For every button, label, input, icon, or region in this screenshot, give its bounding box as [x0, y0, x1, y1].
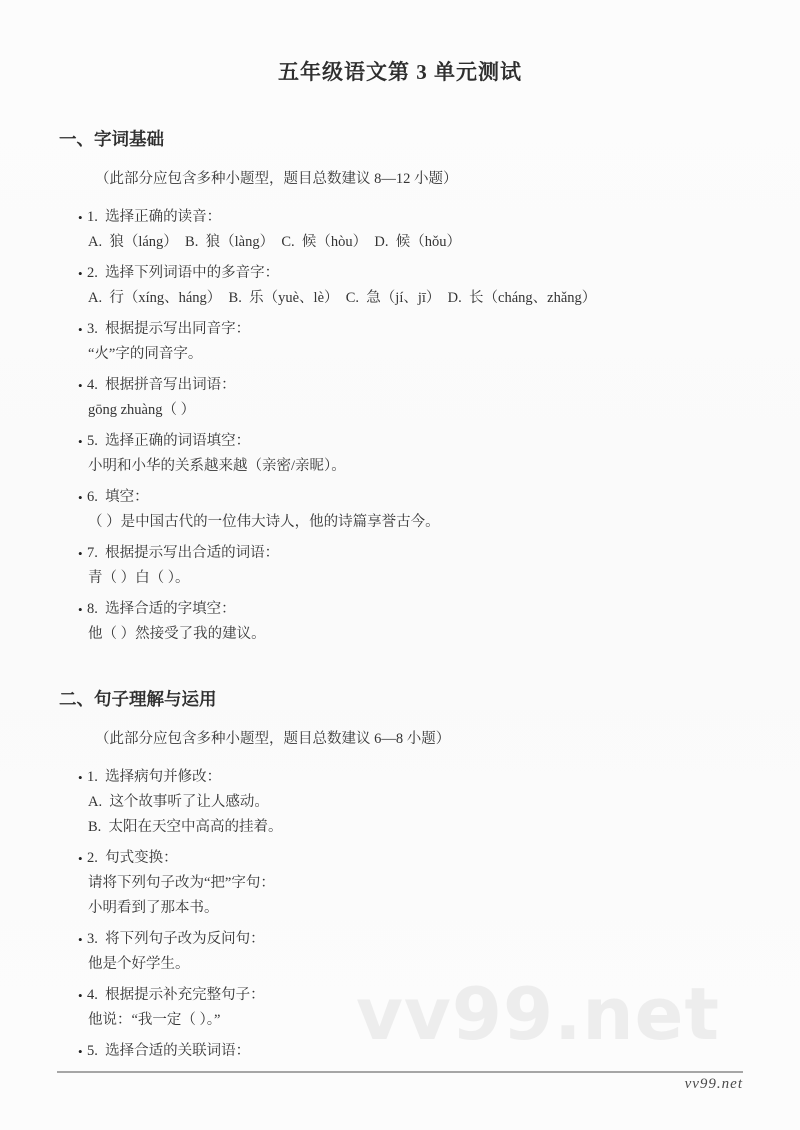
bullet-icon: •: [78, 927, 87, 952]
bullet-icon: •: [78, 597, 87, 622]
question-prompt: 5. 选择合适的关联词语：: [87, 1039, 250, 1064]
section-heading: 一、字词基础: [59, 127, 743, 151]
question-item: • 2. 选择下列词语中的多音字： A. 行（xíng、háng） B. 乐（y…: [78, 261, 743, 311]
section-note: （此部分应包含多种小题型，题目总数建议 6—8 小题）: [95, 729, 743, 749]
bullet-icon: •: [78, 373, 87, 398]
question-item: • 2. 句式变换： 请将下列句子改为“把”字句：小明看到了那本书。: [78, 846, 743, 921]
test-section: 二、句子理解与运用 （此部分应包含多种小题型，题目总数建议 6—8 小题） • …: [0, 687, 800, 1064]
question-prompt-row: • 8. 选择合适的字填空：: [78, 597, 743, 622]
bullet-icon: •: [78, 765, 87, 790]
question-item: • 6. 填空： （ ）是中国古代的一位伟大诗人，他的诗篇享誉古今。: [78, 485, 743, 535]
question-item: • 5. 选择合适的关联词语：: [78, 1039, 743, 1064]
question-item: • 3. 将下列句子改为反问句： 他是个好学生。: [78, 927, 743, 977]
question-prompt-row: • 2. 选择下列词语中的多音字：: [78, 261, 743, 286]
section-heading: 二、句子理解与运用: [59, 687, 743, 711]
bullet-icon: •: [78, 846, 87, 871]
question-item: • 1. 选择正确的读音： A. 狼（láng） B. 狼（làng） C. 候…: [78, 205, 743, 255]
question-item: • 8. 选择合适的字填空： 他（ ）然接受了我的建议。: [78, 597, 743, 647]
question-prompt-row: • 7. 根据提示写出合适的词语：: [78, 541, 743, 566]
question-prompt-row: • 4. 根据提示补充完整句子：: [78, 983, 743, 1008]
bullet-icon: •: [78, 541, 87, 566]
question-item: • 7. 根据提示写出合适的词语： 青（ ）白（ ）。: [78, 541, 743, 591]
question-detail-line: “火”字的同音字。: [88, 342, 743, 367]
sections-container: 一、字词基础 （此部分应包含多种小题型，题目总数建议 8—12 小题） • 1.…: [0, 127, 800, 1064]
bullet-icon: •: [78, 205, 87, 230]
question-item: • 4. 根据提示补充完整句子： 他说：“我一定（ ）。”: [78, 983, 743, 1033]
question-detail-line: （ ）是中国古代的一位伟大诗人，他的诗篇享誉古今。: [88, 510, 743, 535]
question-prompt: 4. 根据拼音写出词语：: [87, 373, 236, 398]
question-prompt-row: • 5. 选择正确的词语填空：: [78, 429, 743, 454]
question-detail-line: 小明看到了那本书。: [88, 896, 743, 921]
bullet-icon: •: [78, 485, 87, 510]
question-item: • 1. 选择病句并修改： A. 这个故事听了让人感动。B. 太阳在天空中高高的…: [78, 765, 743, 840]
question-prompt-row: • 4. 根据拼音写出词语：: [78, 373, 743, 398]
page-title: 五年级语文第 3 单元测试: [0, 0, 800, 87]
question-detail-line: B. 太阳在天空中高高的挂着。: [88, 815, 743, 840]
footer-divider: [57, 1071, 743, 1073]
section-note: （此部分应包含多种小题型，题目总数建议 8—12 小题）: [95, 169, 743, 189]
footer-site-label: vv99.net: [57, 1076, 743, 1093]
page-footer: vv99.net: [57, 1071, 743, 1093]
question-item: • 5. 选择正确的词语填空： 小明和小华的关系越来越（亲密/亲昵）。: [78, 429, 743, 479]
question-detail-line: 他说：“我一定（ ）。”: [88, 1008, 743, 1033]
question-prompt: 6. 填空：: [87, 485, 149, 510]
question-list: • 1. 选择病句并修改： A. 这个故事听了让人感动。B. 太阳在天空中高高的…: [57, 765, 743, 1064]
question-prompt: 1. 选择病句并修改：: [87, 765, 221, 790]
question-prompt: 8. 选择合适的字填空：: [87, 597, 236, 622]
question-detail-line: 小明和小华的关系越来越（亲密/亲昵）。: [88, 454, 743, 479]
test-section: 一、字词基础 （此部分应包含多种小题型，题目总数建议 8—12 小题） • 1.…: [0, 127, 800, 647]
question-prompt-row: • 1. 选择正确的读音：: [78, 205, 743, 230]
question-detail-line: A. 这个故事听了让人感动。: [88, 790, 743, 815]
question-prompt-row: • 6. 填空：: [78, 485, 743, 510]
question-prompt-row: • 3. 根据提示写出同音字：: [78, 317, 743, 342]
question-list: • 1. 选择正确的读音： A. 狼（láng） B. 狼（làng） C. 候…: [57, 205, 743, 647]
question-prompt: 4. 根据提示补充完整句子：: [87, 983, 265, 1008]
document-content: 五年级语文第 3 单元测试 一、字词基础 （此部分应包含多种小题型，题目总数建议…: [0, 0, 800, 1064]
question-detail-line: A. 狼（láng） B. 狼（làng） C. 候（hòu） D. 候（hǒu…: [88, 230, 743, 255]
question-detail-line: 他是个好学生。: [88, 952, 743, 977]
bullet-icon: •: [78, 429, 87, 454]
question-detail-line: 青（ ）白（ ）。: [88, 566, 743, 591]
question-detail-line: A. 行（xíng、háng） B. 乐（yuè、lè） C. 急（jí、jī）…: [88, 286, 743, 311]
question-item: • 3. 根据提示写出同音字： “火”字的同音字。: [78, 317, 743, 367]
question-prompt: 1. 选择正确的读音：: [87, 205, 221, 230]
question-prompt-row: • 1. 选择病句并修改：: [78, 765, 743, 790]
question-prompt: 7. 根据提示写出合适的词语：: [87, 541, 279, 566]
question-prompt-row: • 2. 句式变换：: [78, 846, 743, 871]
question-prompt: 3. 将下列句子改为反问句：: [87, 927, 265, 952]
question-prompt: 2. 句式变换：: [87, 846, 178, 871]
question-prompt: 3. 根据提示写出同音字：: [87, 317, 250, 342]
bullet-icon: •: [78, 1039, 87, 1064]
question-prompt: 5. 选择正确的词语填空：: [87, 429, 250, 454]
question-detail-line: 请将下列句子改为“把”字句：: [88, 871, 743, 896]
question-detail-line: gōng zhuàng（ ）: [88, 398, 743, 423]
bullet-icon: •: [78, 983, 87, 1008]
question-item: • 4. 根据拼音写出词语： gōng zhuàng（ ）: [78, 373, 743, 423]
question-detail-line: 他（ ）然接受了我的建议。: [88, 622, 743, 647]
bullet-icon: •: [78, 317, 87, 342]
question-prompt-row: • 3. 将下列句子改为反问句：: [78, 927, 743, 952]
question-prompt: 2. 选择下列词语中的多音字：: [87, 261, 279, 286]
question-prompt-row: • 5. 选择合适的关联词语：: [78, 1039, 743, 1064]
document-page: vv99.net 五年级语文第 3 单元测试 一、字词基础 （此部分应包含多种小…: [0, 0, 800, 1130]
bullet-icon: •: [78, 261, 87, 286]
